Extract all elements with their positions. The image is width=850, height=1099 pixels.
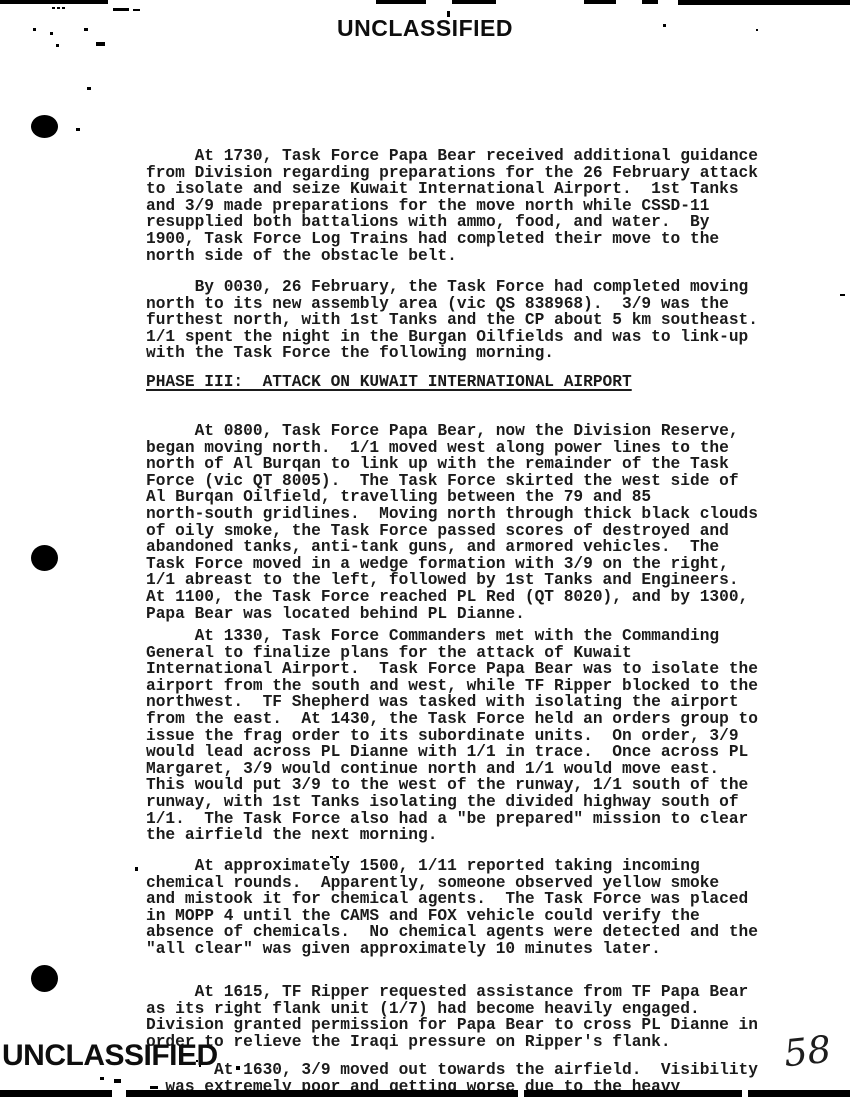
scan-artifact — [642, 0, 658, 4]
scan-speck — [57, 7, 60, 9]
scan-artifact — [452, 0, 496, 4]
section-heading-phase-iii: PHASE III: ATTACK ON KUWAIT INTERNATIONA… — [146, 374, 632, 391]
hole-punch-mark — [31, 545, 58, 571]
scan-speck — [133, 9, 140, 11]
scan-speck — [62, 7, 65, 9]
paragraph-1730-guidance: At 1730, Task Force Papa Bear received a… — [146, 148, 758, 264]
scan-speck — [76, 128, 80, 131]
scan-speck — [114, 1079, 121, 1083]
scan-speck — [87, 87, 91, 90]
scan-artifact — [678, 0, 850, 5]
page-number: 58 — [782, 1030, 833, 1075]
paragraph-0030-assembly-area: By 0030, 26 February, the Task Force had… — [146, 279, 758, 362]
document-page: UNCLASSIFIED At 1730, Task Force Papa Be… — [0, 0, 850, 1099]
scan-artifact — [0, 0, 108, 4]
paragraph-1330-commanders-meeting: At 1330, Task Force Commanders met with … — [146, 628, 758, 844]
scan-speck — [113, 8, 129, 11]
hole-punch-mark — [31, 115, 58, 138]
scan-artifact — [126, 1090, 518, 1097]
scan-speck — [56, 44, 59, 47]
header-classification: UNCLASSIFIED — [0, 15, 850, 42]
footer-classification-stamp: UNCLASSIFIED — [2, 1040, 218, 1072]
paragraph-1615-ripper-assistance: At 1615, TF Ripper requested assistance … — [146, 984, 758, 1050]
scan-artifact — [584, 0, 616, 4]
scan-speck — [96, 42, 105, 46]
paragraph-0800-moving-north: At 0800, Task Force Papa Bear, now the D… — [146, 423, 758, 622]
scan-artifact — [0, 1090, 112, 1097]
scan-speck — [840, 294, 845, 296]
scan-speck — [52, 7, 55, 9]
scan-speck — [100, 1077, 104, 1080]
hole-punch-mark — [31, 965, 58, 992]
paragraph-1500-chemical-rounds: At approximately 1500, 1/11 reported tak… — [146, 858, 758, 958]
scan-speck — [135, 867, 138, 871]
scan-artifact — [376, 0, 426, 4]
scan-artifact — [748, 1090, 850, 1097]
scan-artifact — [524, 1090, 742, 1097]
